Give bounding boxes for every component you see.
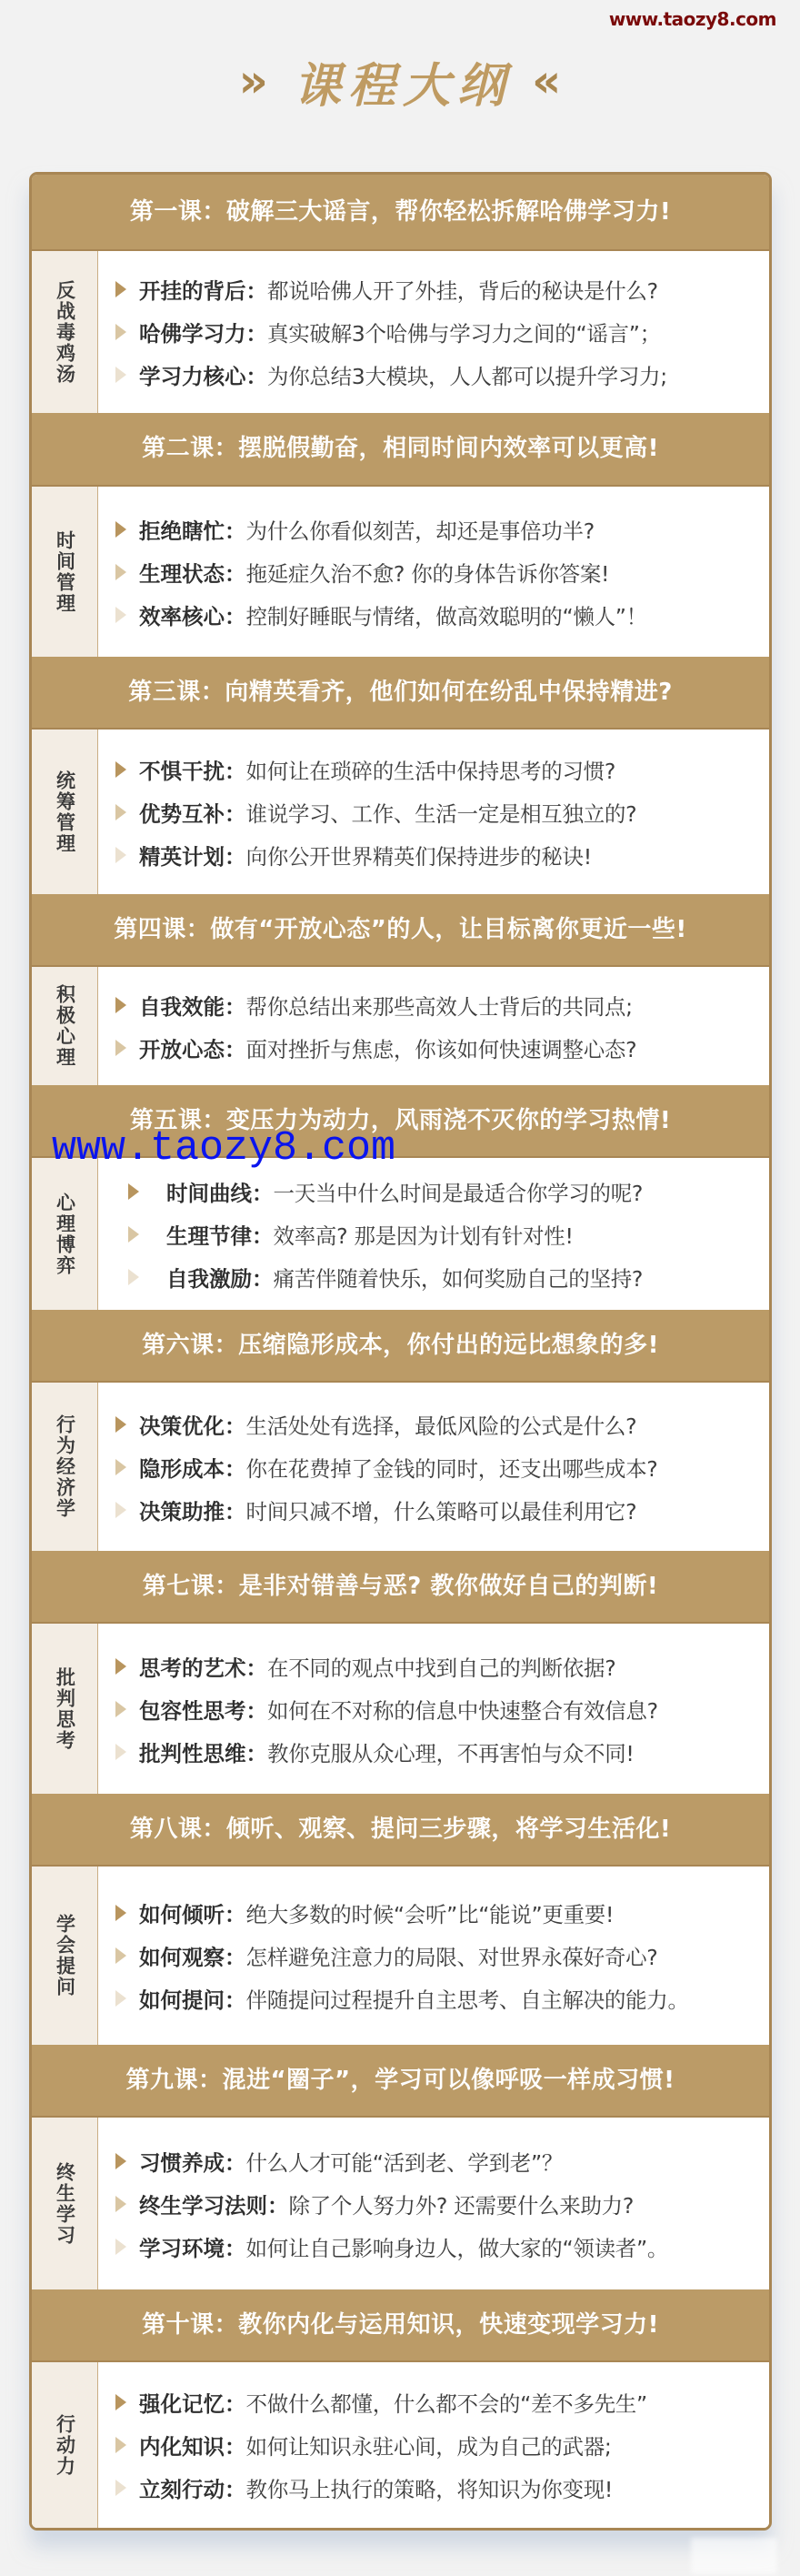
item-key: 生理状态： (139, 557, 246, 588)
item-desc: 在不同的观点中找到自己的判断依据? (267, 1651, 615, 1682)
list-item: 学习力核心：为你总结3大模块，人人都可以提升学习力; (115, 354, 760, 397)
list-item: 决策助推：时间只减不增，什么策略可以最佳利用它? (115, 1488, 760, 1531)
lesson-3-heading: 第三课：向精英看齐，他们如何在纷乱中保持精进? (32, 657, 769, 730)
lesson-category: 学会提问 (32, 1867, 98, 2045)
title-text: 课程大纲 (294, 47, 512, 116)
triangle-bullet-icon (115, 997, 126, 1013)
item-key: 如何倾听： (139, 1897, 246, 1928)
list-item: 开放心态：面对挫折与焦虑，你该如何快速调整心态? (115, 1026, 760, 1069)
lesson-2-body: 时间管理 拒绝瞎忙：为什么你看似刻苦，却还是事倍功半? 生理状态：拖延症久治不愈… (32, 487, 769, 657)
item-desc: 你在花费掉了金钱的同时，还支出哪些成本? (246, 1452, 658, 1483)
list-item: 自我效能：帮你总结出来那些高效人士背后的共同点; (115, 983, 760, 1026)
lesson-8-heading: 第八课：倾听、观察、提问三步骤，将学习生活化! (32, 1794, 769, 1867)
list-item: 自我激励：痛苦伴随着快乐，如何奖励自己的坚持? (128, 1255, 760, 1298)
lesson-category: 行为经济学 (32, 1383, 98, 1551)
site-watermark: www.taozy8.com (609, 8, 776, 30)
lesson-3-body: 统筹管理 不惧干扰：如何让在琐碎的生活中保持思考的习惯? 优势互补：谁说学习、工… (32, 730, 769, 894)
list-item: 强化记忆：不做什么都懂，什么都不会的“差不多先生” (115, 2381, 760, 2424)
lesson-category: 行动力 (32, 2362, 98, 2528)
course-outline-card: 第一课：破解三大谣言，帮你轻松拆解哈佛学习力! 反战毒鸡汤 开挂的背后：都说哈佛… (29, 172, 772, 2531)
triangle-bullet-icon (128, 1226, 139, 1243)
item-desc: 如何让在琐碎的生活中保持思考的习惯? (246, 754, 616, 785)
lesson-heading-text: 第三课：向精英看齐，他们如何在纷乱中保持精进? (128, 673, 673, 707)
item-key: 生理节律： (166, 1219, 274, 1250)
item-key: 开放心态： (139, 1032, 246, 1063)
lesson-items: 强化记忆：不做什么都懂，什么都不会的“差不多先生” 内化知识：如何让知识永驻心间… (115, 2362, 760, 2528)
item-key: 效率核心： (139, 599, 246, 630)
item-desc: 向你公开世界精英们保持进步的秘诀! (246, 840, 592, 870)
triangle-bullet-icon (115, 1947, 126, 1964)
list-item: 生理状态：拖延症久治不愈? 你的身体告诉你答案! (115, 550, 760, 593)
list-item: 如何提问：伴随提问过程提升自主思考、自主解决的能力。 (115, 1977, 760, 2020)
item-key: 不惧干扰： (139, 754, 246, 785)
lesson-heading-text: 第六课：压缩隐形成本，你付出的远比想象的多! (142, 1326, 659, 1360)
lesson-category: 统筹管理 (32, 730, 98, 894)
list-item: 学习环境：如何让自己影响身边人，做大家的“领读者”。 (115, 2225, 760, 2268)
category-label: 终生学习 (55, 2162, 75, 2246)
list-item: 隐形成本：你在花费掉了金钱的同时，还支出哪些成本? (115, 1445, 760, 1488)
item-key: 决策优化： (139, 1409, 246, 1440)
lesson-category: 批判思考 (32, 1624, 98, 1794)
triangle-bullet-icon (115, 804, 126, 820)
category-label: 时间管理 (55, 530, 75, 614)
item-desc: 控制好睡眠与情绪，做高效聪明的“懒人”！ (246, 599, 647, 630)
item-key: 思考的艺术： (139, 1651, 267, 1682)
item-key: 哈佛学习力： (139, 317, 267, 347)
lesson-5-body: 心理博弈 时间曲线：一天当中什么时间是最适合你学习的呢? 生理节律：效率高? 那… (32, 1158, 769, 1310)
item-key: 决策助推： (139, 1494, 246, 1525)
item-desc: 效率高? 那是因为计划有针对性! (274, 1219, 574, 1250)
item-desc: 时间只减不增，什么策略可以最佳利用它? (246, 1494, 637, 1525)
list-item: 拒绝瞎忙：为什么你看似刻苦，却还是事倍功半? (115, 508, 760, 550)
triangle-bullet-icon (115, 2153, 126, 2169)
item-key: 优势互补： (139, 797, 246, 828)
item-key: 精英计划： (139, 840, 246, 870)
category-label: 批判思考 (55, 1667, 75, 1751)
item-key: 如何观察： (139, 1940, 246, 1971)
triangle-bullet-icon (115, 2394, 126, 2410)
item-key: 终生学习法则： (139, 2189, 289, 2219)
item-desc: 除了个人努力外? 还需要什么来助力? (289, 2189, 635, 2219)
item-desc: 如何在不对称的信息中快速整合有效信息? (267, 1694, 658, 1725)
triangle-bullet-icon (115, 2480, 126, 2496)
list-item: 包容性思考：如何在不对称的信息中快速整合有效信息? (115, 1687, 760, 1730)
lesson-items: 如何倾听：绝大多数的时候“会听”比“能说”更重要! 如何观察：怎样避免注意力的局… (115, 1867, 760, 2045)
triangle-bullet-icon (115, 1416, 126, 1433)
lesson-category: 终生学习 (32, 2118, 98, 2289)
triangle-bullet-icon (115, 1990, 126, 2007)
category-label: 积极心理 (55, 984, 75, 1068)
item-desc: 帮你总结出来那些高效人士背后的共同点; (246, 990, 633, 1021)
double-chevron-right-icon: » (239, 58, 268, 104)
triangle-bullet-icon (115, 761, 126, 778)
lesson-items: 拒绝瞎忙：为什么你看似刻苦，却还是事倍功半? 生理状态：拖延症久治不愈? 你的身… (115, 487, 760, 657)
list-item: 不惧干扰：如何让在琐碎的生活中保持思考的习惯? (115, 748, 760, 790)
item-key: 学习力核心： (139, 359, 267, 390)
item-desc: 生活处处有选择，最低风险的公式是什么? (246, 1409, 637, 1440)
list-item: 思考的艺术：在不同的观点中找到自己的判断依据? (115, 1645, 760, 1687)
lesson-6-body: 行为经济学 决策优化：生活处处有选择，最低风险的公式是什么? 隐形成本：你在花费… (32, 1383, 769, 1551)
list-item: 内化知识：如何让知识永驻心间，成为自己的武器; (115, 2424, 760, 2467)
item-desc: 为你总结3大模块，人人都可以提升学习力; (267, 359, 667, 390)
item-key: 隐形成本： (139, 1452, 246, 1483)
lesson-items: 开挂的背后：都说哈佛人开了外挂，背后的秘诀是什么? 哈佛学习力：真实破解3个哈佛… (115, 251, 760, 413)
list-item: 如何观察：怎样避免注意力的局限、对世界永葆好奇心? (115, 1935, 760, 1977)
lesson-items: 不惧干扰：如何让在琐碎的生活中保持思考的习惯? 优势互补：谁说学习、工作、生活一… (115, 730, 760, 894)
lesson-heading-text: 第九课：混进“圈子”，学习可以像呼吸一样成习惯! (125, 2061, 675, 2095)
list-item: 如何倾听：绝大多数的时候“会听”比“能说”更重要! (115, 1892, 760, 1935)
item-key: 立刻行动： (139, 2472, 246, 2503)
list-item: 优势互补：谁说学习、工作、生活一定是相互独立的? (115, 790, 760, 833)
item-desc: 不做什么都懂，什么都不会的“差不多先生” (246, 2387, 647, 2418)
lesson-items: 决策优化：生活处处有选择，最低风险的公式是什么? 隐形成本：你在花费掉了金钱的同… (115, 1383, 760, 1551)
item-key: 习惯养成： (139, 2146, 246, 2177)
item-desc: 伴随提问过程提升自主思考、自主解决的能力。 (246, 1983, 689, 2014)
item-key: 内化知识： (139, 2430, 246, 2460)
list-item: 习惯养成：什么人才可能“活到老、学到老”？ (115, 2139, 760, 2182)
item-desc: 都说哈佛人开了外挂，背后的秘诀是什么? (267, 274, 658, 305)
category-label: 反战毒鸡汤 (55, 280, 75, 385)
triangle-bullet-icon (115, 2239, 126, 2255)
triangle-bullet-icon (115, 1744, 126, 1760)
triangle-bullet-icon (115, 367, 126, 383)
lesson-9-heading: 第九课：混进“圈子”，学习可以像呼吸一样成习惯! (32, 2045, 769, 2118)
triangle-bullet-icon (115, 324, 126, 340)
item-desc: 什么人才可能“活到老、学到老”？ (246, 2146, 564, 2177)
item-key: 批判性思维： (139, 1736, 267, 1767)
lesson-6-heading: 第六课：压缩隐形成本，你付出的远比想象的多! (32, 1310, 769, 1383)
lesson-heading-text: 第二课：摆脱假勤奋，相同时间内效率可以更高! (142, 429, 659, 463)
lesson-category: 积极心理 (32, 967, 98, 1085)
item-desc: 痛苦伴随着快乐，如何奖励自己的坚持? (274, 1262, 644, 1293)
triangle-bullet-icon (115, 564, 126, 580)
item-desc: 教你克服从众心理，不再害怕与众不同! (267, 1736, 635, 1767)
triangle-bullet-icon (115, 1905, 126, 1921)
lesson-items: 自我效能：帮你总结出来那些高效人士背后的共同点; 开放心态：面对挫折与焦虑，你该… (115, 967, 760, 1085)
category-label: 统筹管理 (55, 770, 75, 854)
lesson-heading-text: 第八课：倾听、观察、提问三步骤，将学习生活化! (130, 1810, 671, 1844)
item-key: 拒绝瞎忙： (139, 514, 246, 545)
double-chevron-left-icon: « (532, 58, 561, 104)
overlay-watermark: www.taozy8.com (52, 1128, 395, 1169)
lesson-10-body: 行动力 强化记忆：不做什么都懂，什么都不会的“差不多先生” 内化知识：如何让知识… (32, 2362, 769, 2528)
lesson-items: 习惯养成：什么人才可能“活到老、学到老”？ 终生学习法则：除了个人努力外? 还需… (115, 2118, 760, 2289)
lesson-category: 时间管理 (32, 487, 98, 657)
triangle-bullet-icon (115, 2196, 126, 2212)
item-key: 包容性思考： (139, 1694, 267, 1725)
item-desc: 谁说学习、工作、生活一定是相互独立的? (246, 797, 637, 828)
list-item: 哈佛学习力：真实破解3个哈佛与学习力之间的“谣言”； (115, 311, 760, 354)
lesson-1-body: 反战毒鸡汤 开挂的背后：都说哈佛人开了外挂，背后的秘诀是什么? 哈佛学习力：真实… (32, 251, 769, 413)
lesson-heading-text: 第四课：做有“开放心态”的人，让目标离你更近一些! (114, 911, 687, 944)
item-desc: 如何让知识永驻心间，成为自己的武器; (246, 2430, 612, 2460)
lesson-4-heading: 第四课：做有“开放心态”的人，让目标离你更近一些! (32, 894, 769, 967)
lesson-heading-text: 第十课：教你内化与运用知识，快速变现学习力! (142, 2306, 659, 2340)
list-item: 时间曲线：一天当中什么时间是最适合你学习的呢? (128, 1170, 760, 1213)
shadow-artifact (691, 2538, 777, 2574)
category-label: 心理博弈 (55, 1192, 75, 1276)
triangle-bullet-icon (115, 1658, 126, 1675)
triangle-bullet-icon (115, 1502, 126, 1518)
lesson-items: 时间曲线：一天当中什么时间是最适合你学习的呢? 生理节律：效率高? 那是因为计划… (128, 1158, 760, 1310)
triangle-bullet-icon (115, 607, 126, 623)
item-desc: 面对挫折与焦虑，你该如何快速调整心态? (246, 1032, 637, 1063)
lesson-4-body: 积极心理 自我效能：帮你总结出来那些高效人士背后的共同点; 开放心态：面对挫折与… (32, 967, 769, 1085)
category-label: 行为经济学 (55, 1414, 75, 1519)
list-item: 决策优化：生活处处有选择，最低风险的公式是什么? (115, 1403, 760, 1445)
item-key: 学习环境： (139, 2231, 246, 2262)
triangle-bullet-icon (115, 1459, 126, 1475)
list-item: 效率核心：控制好睡眠与情绪，做高效聪明的“懒人”！ (115, 593, 760, 636)
lesson-8-body: 学会提问 如何倾听：绝大多数的时候“会听”比“能说”更重要! 如何观察：怎样避免… (32, 1867, 769, 2045)
category-label: 学会提问 (55, 1914, 75, 1997)
triangle-bullet-icon (115, 521, 126, 538)
item-desc: 为什么你看似刻苦，却还是事倍功半? (246, 514, 595, 545)
lesson-heading-text: 第七课：是非对错善与恶? 教你做好自己的判断! (143, 1567, 659, 1601)
lesson-2-heading: 第二课：摆脱假勤奋，相同时间内效率可以更高! (32, 413, 769, 487)
item-desc: 怎样避免注意力的局限、对世界永葆好奇心? (246, 1940, 658, 1971)
triangle-bullet-icon (115, 1701, 126, 1717)
category-label: 行动力 (55, 2414, 75, 2477)
item-key: 时间曲线： (166, 1176, 274, 1207)
item-key: 开挂的背后： (139, 274, 267, 305)
triangle-bullet-icon (115, 2437, 126, 2453)
triangle-bullet-icon (115, 281, 126, 297)
triangle-bullet-icon (128, 1269, 139, 1285)
list-item: 精英计划：向你公开世界精英们保持进步的秘诀! (115, 833, 760, 876)
list-item: 开挂的背后：都说哈佛人开了外挂，背后的秘诀是什么? (115, 268, 760, 311)
lesson-10-heading: 第十课：教你内化与运用知识，快速变现学习力! (32, 2289, 769, 2362)
lesson-category: 反战毒鸡汤 (32, 251, 98, 413)
page-title: » 课程大纲 « (0, 49, 800, 113)
triangle-bullet-icon (115, 1040, 126, 1056)
item-key: 自我激励： (166, 1262, 274, 1293)
lesson-heading-text: 第一课：破解三大谣言，帮你轻松拆解哈佛学习力! (130, 193, 671, 226)
item-desc: 拖延症久治不愈? 你的身体告诉你答案! (246, 557, 610, 588)
lesson-1-heading: 第一课：破解三大谣言，帮你轻松拆解哈佛学习力! (32, 175, 769, 251)
lesson-9-body: 终生学习 习惯养成：什么人才可能“活到老、学到老”？ 终生学习法则：除了个人努力… (32, 2118, 769, 2289)
list-item: 立刻行动：教你马上执行的策略，将知识为你变现! (115, 2467, 760, 2510)
item-key: 如何提问： (139, 1983, 246, 2014)
item-desc: 绝大多数的时候“会听”比“能说”更重要! (246, 1897, 615, 1928)
triangle-bullet-icon (115, 847, 126, 863)
item-desc: 真实破解3个哈佛与学习力之间的“谣言”； (267, 317, 661, 347)
lesson-category: 心理博弈 (32, 1158, 98, 1310)
list-item: 终生学习法则：除了个人努力外? 还需要什么来助力? (115, 2182, 760, 2225)
list-item: 批判性思维：教你克服从众心理，不再害怕与众不同! (115, 1730, 760, 1773)
item-key: 自我效能： (139, 990, 246, 1021)
item-desc: 如何让自己影响身边人，做大家的“领读者”。 (246, 2231, 669, 2262)
lesson-7-heading: 第七课：是非对错善与恶? 教你做好自己的判断! (32, 1551, 769, 1624)
list-item: 生理节律：效率高? 那是因为计划有针对性! (128, 1213, 760, 1255)
item-desc: 一天当中什么时间是最适合你学习的呢? (274, 1176, 644, 1207)
item-desc: 教你马上执行的策略，将知识为你变现! (246, 2472, 614, 2503)
lesson-items: 思考的艺术：在不同的观点中找到自己的判断依据? 包容性思考：如何在不对称的信息中… (115, 1624, 760, 1794)
lesson-7-body: 批判思考 思考的艺术：在不同的观点中找到自己的判断依据? 包容性思考：如何在不对… (32, 1624, 769, 1794)
triangle-bullet-icon (128, 1183, 139, 1200)
item-key: 强化记忆： (139, 2387, 246, 2418)
